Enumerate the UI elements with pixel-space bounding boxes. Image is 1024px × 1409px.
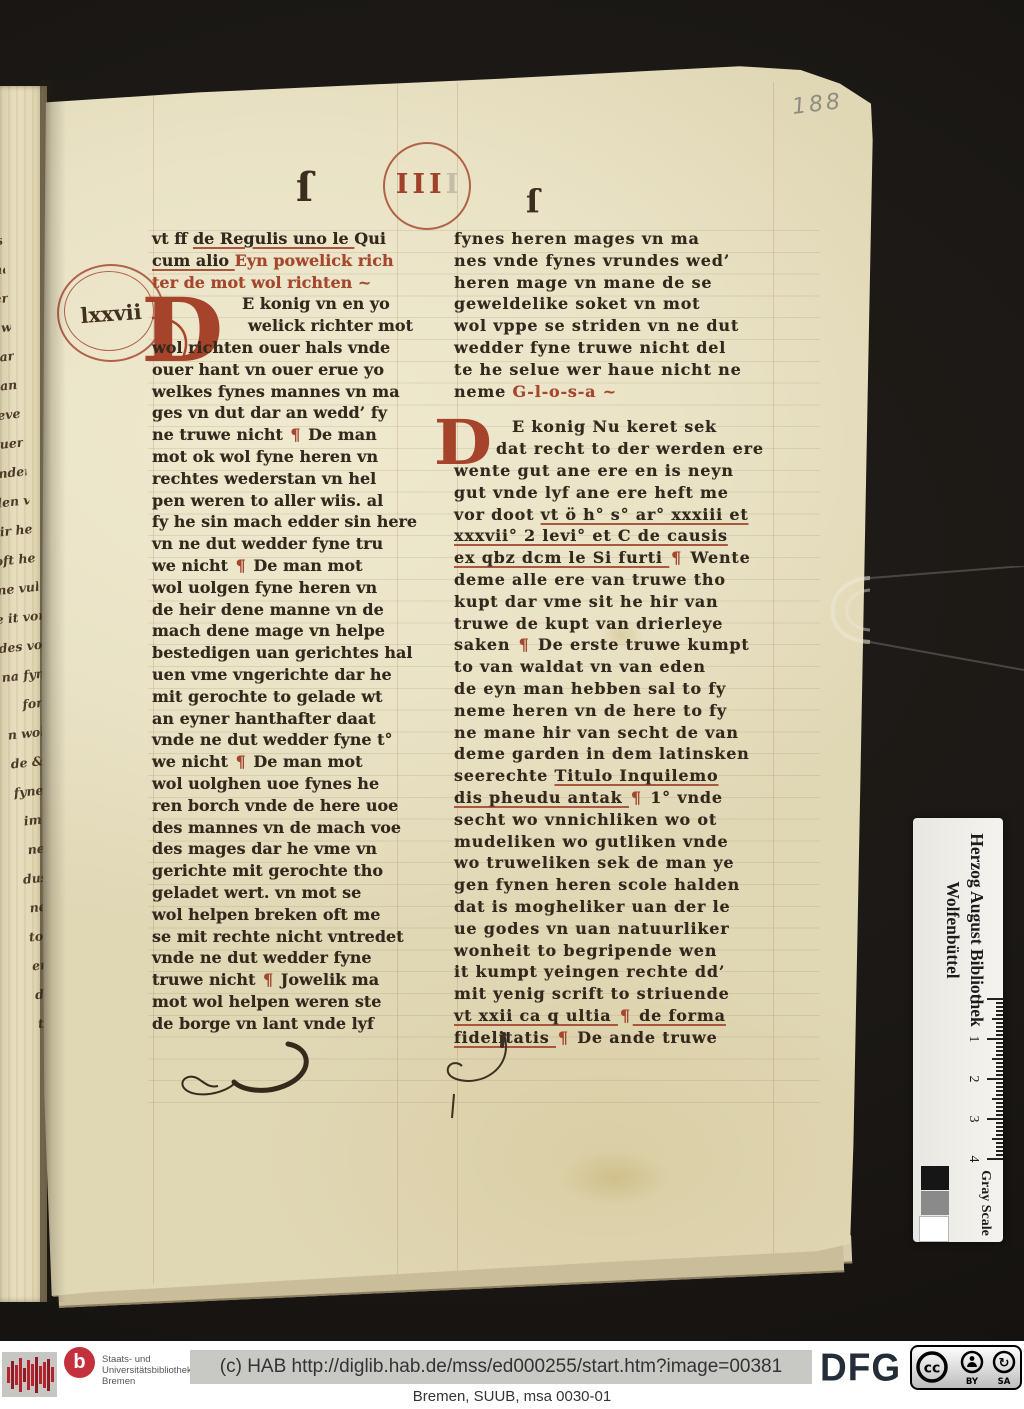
facing-page-text-fragment: der an bbox=[0, 370, 19, 404]
text-segment: ne mane hir van secht de van bbox=[454, 723, 739, 742]
manuscript-text-line: deme garden in dem latinsken bbox=[454, 743, 772, 765]
cc-letters: cc bbox=[924, 1361, 941, 1377]
manuscript-text-line: wol richten ouer hals vnde bbox=[152, 337, 402, 359]
manuscript-text-line: mot wol helpen weren ste bbox=[152, 991, 402, 1013]
text-column-2: fynes heren mages vn manes vnde fynes vr… bbox=[454, 228, 772, 1048]
facing-page-text-fragment: se it hal bbox=[0, 255, 7, 289]
text-segment: 1° vnde bbox=[644, 788, 723, 807]
text-segment: ex qbz dcm le Si furti bbox=[454, 548, 669, 567]
facing-page-text-fragment: dat lose bbox=[0, 226, 3, 260]
suub-logo-bar bbox=[47, 1359, 50, 1391]
text-segment: wol richten ouer hals vnde bbox=[152, 338, 390, 357]
gutter-shadow bbox=[40, 80, 66, 1302]
manuscript-text-line: wente gut ane ere en is neyn bbox=[454, 460, 772, 482]
manuscript-text-line: vn ne dut wedder fyne tru bbox=[152, 533, 402, 555]
suub-logo-bar bbox=[31, 1364, 34, 1386]
manuscript-text-line: vt xxii ca q ultia ¶ de forma bbox=[454, 1005, 772, 1027]
ruler-tick bbox=[996, 1086, 1003, 1088]
manuscript-text-line: wol uolghen uoe fynes he bbox=[152, 773, 402, 795]
pilcrow-mark: ¶ bbox=[629, 788, 644, 807]
ruler-tick bbox=[996, 1154, 1003, 1156]
text-segment: wol uolghen uoe fynes he bbox=[152, 774, 379, 793]
gray-scale-patch-white bbox=[919, 1216, 949, 1242]
text-segment: mot wol helpen weren ste bbox=[152, 992, 381, 1011]
ruler-tick bbox=[996, 1002, 1003, 1004]
facing-page-text-fragment: dir he bbox=[0, 514, 34, 548]
ruler-tick bbox=[996, 1070, 1003, 1072]
text-segment: ren borch vnde de here uoe bbox=[152, 796, 398, 815]
manuscript-text-line: E konig Nu keret sek bbox=[454, 416, 772, 438]
vertical-ruling bbox=[773, 82, 774, 1284]
manuscript-text-line: we nicht ¶ De man mot bbox=[152, 751, 402, 773]
manuscript-text-line: se mit rechte nicht vntredet bbox=[152, 926, 402, 948]
dfg-logo: DFG bbox=[820, 1346, 901, 1390]
suub-name-line1: Staats- und bbox=[102, 1354, 192, 1365]
manuscript-text-line: wol helpen breken oft me bbox=[152, 904, 402, 926]
catchline-flourish-col1 bbox=[170, 1040, 350, 1112]
cc-by-sa-badge: cc ↻ BY SA bbox=[910, 1345, 1022, 1390]
ruler-tick bbox=[987, 1118, 1003, 1120]
suub-logo-bar bbox=[11, 1361, 14, 1389]
text-segment: ouer hant vn ouer erue yo bbox=[152, 360, 384, 379]
text-segment: wol helpen breken oft me bbox=[152, 905, 380, 924]
copyright-line: (c) HAB http://diglib.hab.de/mss/ed00025… bbox=[190, 1350, 812, 1384]
text-segment: vnde ne dut wedder fyne bbox=[152, 948, 372, 967]
text-segment: mit gerochte to gelade wt bbox=[152, 687, 383, 706]
manuscript-text-line: des mannes vn de mach voe bbox=[152, 817, 402, 839]
text-segment: welick richter mot bbox=[248, 316, 413, 335]
manuscript-text-line: bestedigen uan gerichtes hal bbox=[152, 642, 402, 664]
manuscript-text-line: wonheit to begripende wen bbox=[454, 940, 772, 962]
manuscript-text-line: ne truwe nicht ¶ De man bbox=[152, 424, 402, 446]
text-segment: secht wo vnnichliken wo ot bbox=[454, 810, 717, 829]
text-segment: dat recht to der werden ere bbox=[496, 439, 764, 458]
text-segment: we nicht bbox=[152, 556, 234, 575]
facing-page-text-fragment: eren wille bbox=[0, 312, 13, 346]
parchment-stain bbox=[560, 1150, 670, 1206]
manuscript-text-line: mach dene mage vn helpe bbox=[152, 620, 402, 642]
ruler-tick bbox=[996, 1066, 1003, 1068]
quire-numeral-ghost-stroke: I bbox=[446, 169, 459, 200]
manuscript-text-line: ges vn dut dar an wedd’ fy bbox=[152, 402, 402, 424]
manuscript-text-line: vnde ne dut wedder fyne bbox=[152, 947, 402, 969]
manuscript-text-line: uen vme vngerichte dar he bbox=[152, 664, 402, 686]
ruler-tick bbox=[996, 1094, 1003, 1096]
ruler-number: 1 bbox=[965, 1033, 981, 1045]
text-segment: Eyn powelick rich bbox=[235, 251, 394, 270]
ruler-tick bbox=[996, 1014, 1003, 1016]
text-segment: cum alio bbox=[152, 251, 235, 270]
manuscript-text-line: geweldelike soket vn mot bbox=[454, 293, 772, 315]
text-segment: ges vn dut dar an wedd’ fy bbox=[152, 403, 387, 422]
text-segment: mit yenig scrift to striuende bbox=[454, 984, 730, 1003]
text-segment: uen vme vngerichte dar he bbox=[152, 665, 392, 684]
text-segment: seerechte bbox=[454, 766, 555, 785]
text-segment: deme garden in dem latinsken bbox=[454, 744, 750, 763]
ruler-tick bbox=[992, 1138, 1003, 1140]
text-segment: vn ne dut wedder fyne tru bbox=[152, 534, 383, 553]
manuscript-text-line: dat recht to der werden ere bbox=[454, 438, 772, 460]
text-segment: to van waldat vn van eden bbox=[454, 657, 706, 676]
text-segment: saken bbox=[454, 635, 517, 654]
manuscript-page: 188 IIII lxxvii ſ ſ D D vt ff de Regulis… bbox=[40, 60, 876, 1306]
ruler-tick bbox=[996, 1026, 1003, 1028]
manuscript-text-line: wol vppe se striden vn ne dut bbox=[454, 315, 772, 337]
pilcrow-mark: ¶ bbox=[517, 635, 532, 654]
text-segment: De man mot bbox=[248, 752, 363, 771]
quire-numeral-roundel: IIII bbox=[383, 142, 471, 230]
manuscript-text-line: des mages dar he vme vn bbox=[152, 838, 402, 860]
cc-sa-glyph: ↻ bbox=[999, 1356, 1010, 1371]
text-segment: pen weren to aller wiis. al bbox=[152, 491, 383, 510]
facing-page-text-fragment: t steve bbox=[0, 399, 22, 433]
manuscript-text-line: ne mane hir van secht de van bbox=[454, 722, 772, 744]
text-segment: heren mage vn mane de se bbox=[454, 273, 712, 292]
text-segment: wol vppe se striden vn ne dut bbox=[454, 316, 739, 335]
manuscript-text-line: gerichte mit gerochte tho bbox=[152, 860, 402, 882]
manuscript-text-line: to van waldat vn van eden bbox=[454, 656, 772, 678]
cc-by-head bbox=[970, 1356, 975, 1361]
ruler-tick bbox=[996, 1046, 1003, 1048]
text-segment: wol uolgen fyne heren vn bbox=[152, 578, 377, 597]
text-segment: Qui bbox=[354, 229, 386, 248]
text-segment: neme bbox=[454, 382, 513, 401]
ruler-tick bbox=[996, 1134, 1003, 1136]
manuscript-text-line: ren borch vnde de here uoe bbox=[152, 795, 402, 817]
manuscript-text-line: vt ff de Regulis uno le Qui bbox=[152, 228, 402, 250]
ruler-tick bbox=[996, 1130, 1003, 1132]
ruler-tick bbox=[996, 1006, 1003, 1008]
text-segment: geladet wert. vn mot se bbox=[152, 883, 361, 902]
ruler-tick bbox=[996, 1074, 1003, 1076]
manuscript-text-line: mit gerochte to gelade wt bbox=[152, 686, 402, 708]
footer-bar: b Staats- und Universitätsbibliothek Bre… bbox=[0, 1341, 1024, 1409]
suub-logo-bar bbox=[19, 1358, 22, 1392]
text-segment: gerichte mit gerochte tho bbox=[152, 861, 383, 880]
ruler-tick bbox=[992, 1058, 1003, 1060]
ruler-number: 0 bbox=[965, 993, 981, 1005]
text-segment: bestedigen uan gerichtes hal bbox=[152, 643, 412, 662]
manuscript-text-line: ue godes vn uan natuurliker bbox=[454, 918, 772, 940]
manuscript-text-line: secht wo vnnichliken wo ot bbox=[454, 809, 772, 831]
text-segment: nes vnde fynes vrundes wed’ bbox=[454, 251, 730, 270]
text-segment: wedder fyne truwe nicht del bbox=[454, 338, 726, 357]
manuscript-text-line: geladet wert. vn mot se bbox=[152, 882, 402, 904]
text-segment: G-l-o-s-a ~ bbox=[513, 382, 617, 401]
facing-page-text-fragment: n auer bbox=[0, 428, 25, 462]
manuscript-text-line: gut vnde lyf ane ere heft me bbox=[454, 482, 772, 504]
manuscript-text-line: nes vnde fynes vrundes wed’ bbox=[454, 250, 772, 272]
ruler-tick bbox=[987, 1158, 1003, 1160]
manuscript-text-line: deme alle ere van truwe tho bbox=[454, 569, 772, 591]
text-segment: ne truwe nicht bbox=[152, 425, 288, 444]
ruler-tick bbox=[996, 1062, 1003, 1064]
suub-logo-bar bbox=[15, 1365, 18, 1385]
text-segment: De man bbox=[303, 425, 377, 444]
manuscript-text-line: ex qbz dcm le Si furti ¶ Wente bbox=[454, 547, 772, 569]
manuscript-text-line: welkes fynes mannes vn ma bbox=[152, 381, 402, 403]
text-segment: deme alle ere van truwe tho bbox=[454, 570, 726, 589]
text-segment: de eyn man hebben sal to fy bbox=[454, 679, 726, 698]
text-segment: gen fynen heren scole halden bbox=[454, 875, 740, 894]
suub-logo-bar bbox=[27, 1360, 30, 1390]
text-segment: geweldelike soket vn mot bbox=[454, 294, 700, 313]
text-column-1: vt ff de Regulis uno le Quicum alio Eyn … bbox=[152, 228, 402, 1034]
ruler-tick bbox=[996, 1126, 1003, 1128]
cc-by-label: BY bbox=[966, 1377, 979, 1387]
suub-logo-bar bbox=[7, 1367, 10, 1383]
suub-library-name: Staats- und Universitätsbibliothek Breme… bbox=[102, 1354, 192, 1387]
manuscript-text-line: wo truweliken sek de man ye bbox=[454, 852, 772, 874]
text-segment: E konig Nu keret sek bbox=[512, 417, 717, 436]
manuscript-text-line: we nicht ¶ De man mot bbox=[152, 555, 402, 577]
manuscript-text-line: an eyner hanthafter daat bbox=[152, 708, 402, 730]
pilcrow-mark: ¶ bbox=[234, 752, 248, 771]
ruler-tick bbox=[996, 1102, 1003, 1104]
ruler-tick bbox=[987, 1038, 1003, 1040]
ruler-tick bbox=[996, 1122, 1003, 1124]
catchline-flourish-col2 bbox=[440, 1032, 590, 1122]
ruler-tick bbox=[996, 1106, 1003, 1108]
manuscript-text-line: xxxvii° 2 levi° et C de causis bbox=[454, 525, 772, 547]
manuscript-text-line: truwe de kupt van drierleye bbox=[454, 613, 772, 635]
text-segment: wonheit to begripende wen bbox=[454, 941, 717, 960]
text-segment: rechtes wederstan vn hel bbox=[152, 469, 376, 488]
suub-logo-bar bbox=[39, 1366, 42, 1384]
text-segment: ue godes vn uan natuurliker bbox=[454, 919, 729, 938]
pilcrow-mark: ¶ bbox=[261, 970, 275, 989]
manuscript-text-line: saken ¶ De erste truwe kumpt bbox=[454, 634, 772, 656]
gray-scale-patch-black bbox=[921, 1166, 949, 1190]
facing-page-text-fragment: de dar bbox=[0, 341, 16, 375]
text-segment: te he selue wer haue nicht ne bbox=[454, 360, 742, 379]
facing-page-text-fragment: ullen vn bbox=[0, 485, 31, 519]
suub-name-line2: Universitätsbibliothek bbox=[102, 1365, 192, 1376]
ruler-tick bbox=[996, 1082, 1003, 1084]
text-segment: vt ö h° s° ar° xxxiii et bbox=[541, 505, 749, 524]
text-segment: de heir dene manne vn de bbox=[152, 600, 384, 619]
photograph-background: ere arnedingedat losese it halddereren w… bbox=[0, 0, 1024, 1409]
ruler-tick bbox=[996, 1022, 1003, 1024]
manuscript-text-line: pen weren to aller wiis. al bbox=[152, 490, 402, 512]
text-segment: E konig vn en yo bbox=[242, 294, 390, 313]
pilcrow-mark: ¶ bbox=[288, 425, 302, 444]
manuscript-text-line: de borge vn lant vnde lyf bbox=[152, 1013, 402, 1035]
manuscript-text-line: ter de mot wol richten ~ bbox=[152, 272, 402, 294]
ruler-tick bbox=[996, 1150, 1003, 1152]
manuscript-text-line: cum alio Eyn powelick rich bbox=[152, 250, 402, 272]
ruler-tick bbox=[996, 1010, 1003, 1012]
suub-name-line3: Bremen bbox=[102, 1376, 192, 1387]
text-segment: de borge vn lant vnde lyf bbox=[152, 1014, 374, 1033]
manuscript-text-line: ouer hant vn ouer erue yo bbox=[152, 359, 402, 381]
text-segment: mach dene mage vn helpe bbox=[152, 621, 385, 640]
ruler-tick bbox=[996, 1142, 1003, 1144]
ruler-tick bbox=[996, 1090, 1003, 1092]
manuscript-text-line: dis pheudu antak ¶ 1° vnde bbox=[454, 787, 772, 809]
facing-page-text-fragment: ine vul bbox=[0, 572, 40, 606]
text-segment: wo truweliken sek de man ye bbox=[454, 853, 734, 872]
shelfmark-line: Bremen, SUUB, msa 0030-01 bbox=[0, 1388, 1024, 1405]
text-segment: an eyner hanthafter daat bbox=[152, 709, 376, 728]
manuscript-text-line: seerechte Titulo Inquilemo bbox=[454, 765, 772, 787]
manuscript-text-line: de heir dene manne vn de bbox=[152, 599, 402, 621]
manuscript-text-line: wol uolgen fyne heren vn bbox=[152, 577, 402, 599]
gray-scale-label: Gray Scale bbox=[977, 1164, 993, 1242]
manuscript-text-line: gen fynen heren scole halden bbox=[454, 874, 772, 896]
manuscript-text-line: neme G-l-o-s-a ~ bbox=[454, 381, 772, 403]
suub-logo-bar bbox=[51, 1367, 54, 1382]
text-segment: kupt dar vme sit he hir van bbox=[454, 592, 718, 611]
ruler-tick bbox=[996, 1042, 1003, 1044]
pilcrow-mark: ¶ bbox=[618, 1006, 633, 1025]
manuscript-text-line: E konig vn en yo bbox=[152, 293, 402, 315]
ruler-tick bbox=[996, 1146, 1003, 1148]
text-segment: Wente bbox=[684, 548, 750, 567]
text-segment: we nicht bbox=[152, 752, 234, 771]
facing-page-text-fragment: dder bbox=[0, 283, 10, 317]
cc-sa-label: SA bbox=[998, 1377, 1011, 1387]
pilcrow-mark: ¶ bbox=[234, 556, 248, 575]
suub-logo-bar bbox=[43, 1362, 46, 1388]
ruler-tick bbox=[996, 1050, 1003, 1052]
ruler-tick bbox=[987, 1078, 1003, 1080]
text-segment: fy he sin mach edder sin here bbox=[152, 512, 417, 531]
gray-scale-patch-gray bbox=[921, 1191, 949, 1215]
manuscript-text-line: fy he sin mach edder sin here bbox=[152, 511, 402, 533]
text-segment: De man mot bbox=[248, 556, 363, 575]
manuscript-text-line: vor doot vt ö h° s° ar° xxxiii et bbox=[454, 504, 772, 526]
text-segment: de Regulis uno le bbox=[193, 229, 354, 248]
manuscript-text-line: kupt dar vme sit he hir van bbox=[454, 591, 772, 613]
ruler-tick bbox=[996, 1110, 1003, 1112]
text-segment: it kumpt yeingen rechte dd’ bbox=[454, 962, 725, 981]
text-segment: welkes fynes mannes vn ma bbox=[152, 382, 400, 401]
ruler-tick bbox=[996, 1054, 1003, 1056]
text-segment: De erste truwe kumpt bbox=[532, 635, 750, 654]
facing-page-text-fragment: oft he bbox=[0, 543, 37, 577]
gray-scale-block: Gray Scale bbox=[913, 1164, 1003, 1242]
calibration-strip: Herzog August Bibliothek Wolfenbüttel 01… bbox=[913, 818, 1003, 1242]
manuscript-text-line: mudeliken wo gutliken vnde bbox=[454, 831, 772, 853]
manuscript-text-line: welick richter mot bbox=[152, 315, 402, 337]
text-segment: wente gut ane ere en is neyn bbox=[454, 461, 734, 480]
text-segment: de forma bbox=[633, 1006, 726, 1025]
manuscript-text-line: truwe nicht ¶ Jowelik ma bbox=[152, 969, 402, 991]
ruler-tick bbox=[992, 1018, 1003, 1020]
line-filler-flourish: ſ bbox=[296, 164, 313, 211]
text-segment: xxxvii° 2 levi° et C de causis bbox=[454, 526, 728, 545]
text-segment: dis pheudu antak bbox=[454, 788, 629, 807]
manuscript-text-line: mit yenig scrift to striuende bbox=[454, 983, 772, 1005]
text-segment: dat is mogheliker uan der le bbox=[454, 897, 730, 916]
text-segment: mudeliken wo gutliken vnde bbox=[454, 832, 729, 851]
manuscript-text-line: vnde ne dut wedder fyne t° bbox=[152, 729, 402, 751]
suub-b-icon: b bbox=[64, 1347, 95, 1378]
cc-badge-icons: cc ↻ BY SA bbox=[912, 1347, 1020, 1388]
ruler-tick bbox=[992, 1098, 1003, 1100]
text-segment: gut vnde lyf ane ere heft me bbox=[454, 483, 729, 502]
text-segment: fynes heren mages vn ma bbox=[454, 229, 700, 248]
manuscript-text-line: de eyn man hebben sal to fy bbox=[454, 678, 772, 700]
text-segment: des mages dar he vme vn bbox=[152, 839, 377, 858]
manuscript-text-line: mot ok wol fyne heren vn bbox=[152, 446, 402, 468]
quire-numeral: III bbox=[396, 169, 446, 200]
ruler-scale: 01234 bbox=[913, 998, 1003, 1168]
text-segment: Jowelik ma bbox=[275, 970, 379, 989]
line-filler-flourish: ſ bbox=[526, 182, 540, 220]
ruler-tick bbox=[996, 1114, 1003, 1116]
text-segment: vor doot bbox=[454, 505, 541, 524]
ruler-number: 3 bbox=[965, 1113, 981, 1125]
text-segment: truwe nicht bbox=[152, 970, 261, 989]
text-segment: vnde ne dut wedder fyne t° bbox=[152, 730, 393, 749]
manuscript-text-line: rechtes wederstan vn hel bbox=[152, 468, 402, 490]
suub-logo-bar bbox=[23, 1368, 26, 1382]
manuscript-text-line: neme heren vn de here to fy bbox=[454, 700, 772, 722]
facing-page-text-fragment: minder bbox=[0, 456, 28, 490]
text-segment: se mit rechte nicht vntredet bbox=[152, 927, 404, 946]
manuscript-text-line: it kumpt yeingen rechte dd’ bbox=[454, 961, 772, 983]
text-segment: mot ok wol fyne heren vn bbox=[152, 447, 378, 466]
film-clip bbox=[806, 566, 1024, 686]
text-segment: De ande truwe bbox=[571, 1028, 718, 1047]
text-segment: des mannes vn de mach voe bbox=[152, 818, 401, 837]
manuscript-text-line: heren mage vn mane de se bbox=[454, 272, 772, 294]
ruler-number: 2 bbox=[965, 1073, 981, 1085]
manuscript-text-line: fynes heren mages vn ma bbox=[454, 228, 772, 250]
ruler-tick bbox=[987, 998, 1003, 1000]
manuscript-text-line: dat is mogheliker uan der le bbox=[454, 896, 772, 918]
pilcrow-mark: ¶ bbox=[669, 548, 684, 567]
text-segment: truwe de kupt van drierleye bbox=[454, 614, 723, 633]
pencil-folio-number: 188 bbox=[791, 89, 845, 120]
text-segment: neme heren vn de here to fy bbox=[454, 701, 727, 720]
facing-page-text-fragment: e it vor bbox=[0, 601, 43, 635]
text-segment: ter de mot wol richten ~ bbox=[152, 273, 371, 292]
text-segment: vt xxii ca q ultia bbox=[454, 1006, 618, 1025]
cc-by-body bbox=[967, 1362, 977, 1367]
text-segment: vt ff bbox=[152, 229, 193, 248]
ruler-tick bbox=[996, 1034, 1003, 1036]
ruler-tick bbox=[996, 1030, 1003, 1032]
manuscript-text-line: te he selue wer haue nicht ne bbox=[454, 359, 772, 381]
text-segment: Titulo Inquilemo bbox=[555, 766, 719, 785]
manuscript-text-line: wedder fyne truwe nicht del bbox=[454, 337, 772, 359]
